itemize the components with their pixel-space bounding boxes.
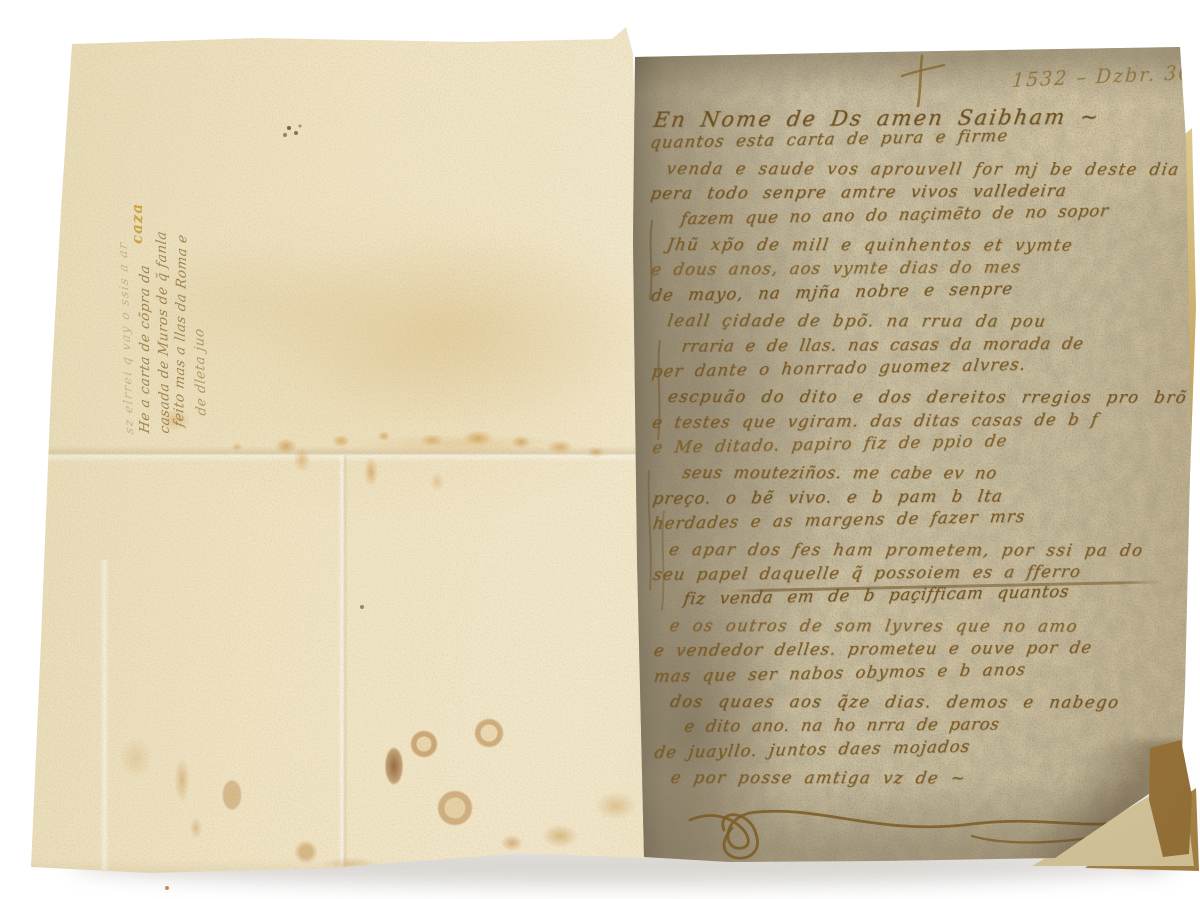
stray-ink-dot [165,886,169,890]
archival-note-line: de dleta juo [187,196,211,435]
gold-ink-word-text: caza [128,182,150,244]
manuscript-text-block: En Nome de Ds amen Saibham ~quantos esta… [650,104,1177,793]
wormhole-specks [0,0,2,2]
date-inscription: 1532 – Dzbr. 30 – [1011,62,1197,92]
manuscript-photo: sz elrrei q vay o ssis a ar He a carta d… [0,0,1200,899]
gold-ink-word: caza [128,182,150,244]
invocation-cross-icon [892,50,952,112]
